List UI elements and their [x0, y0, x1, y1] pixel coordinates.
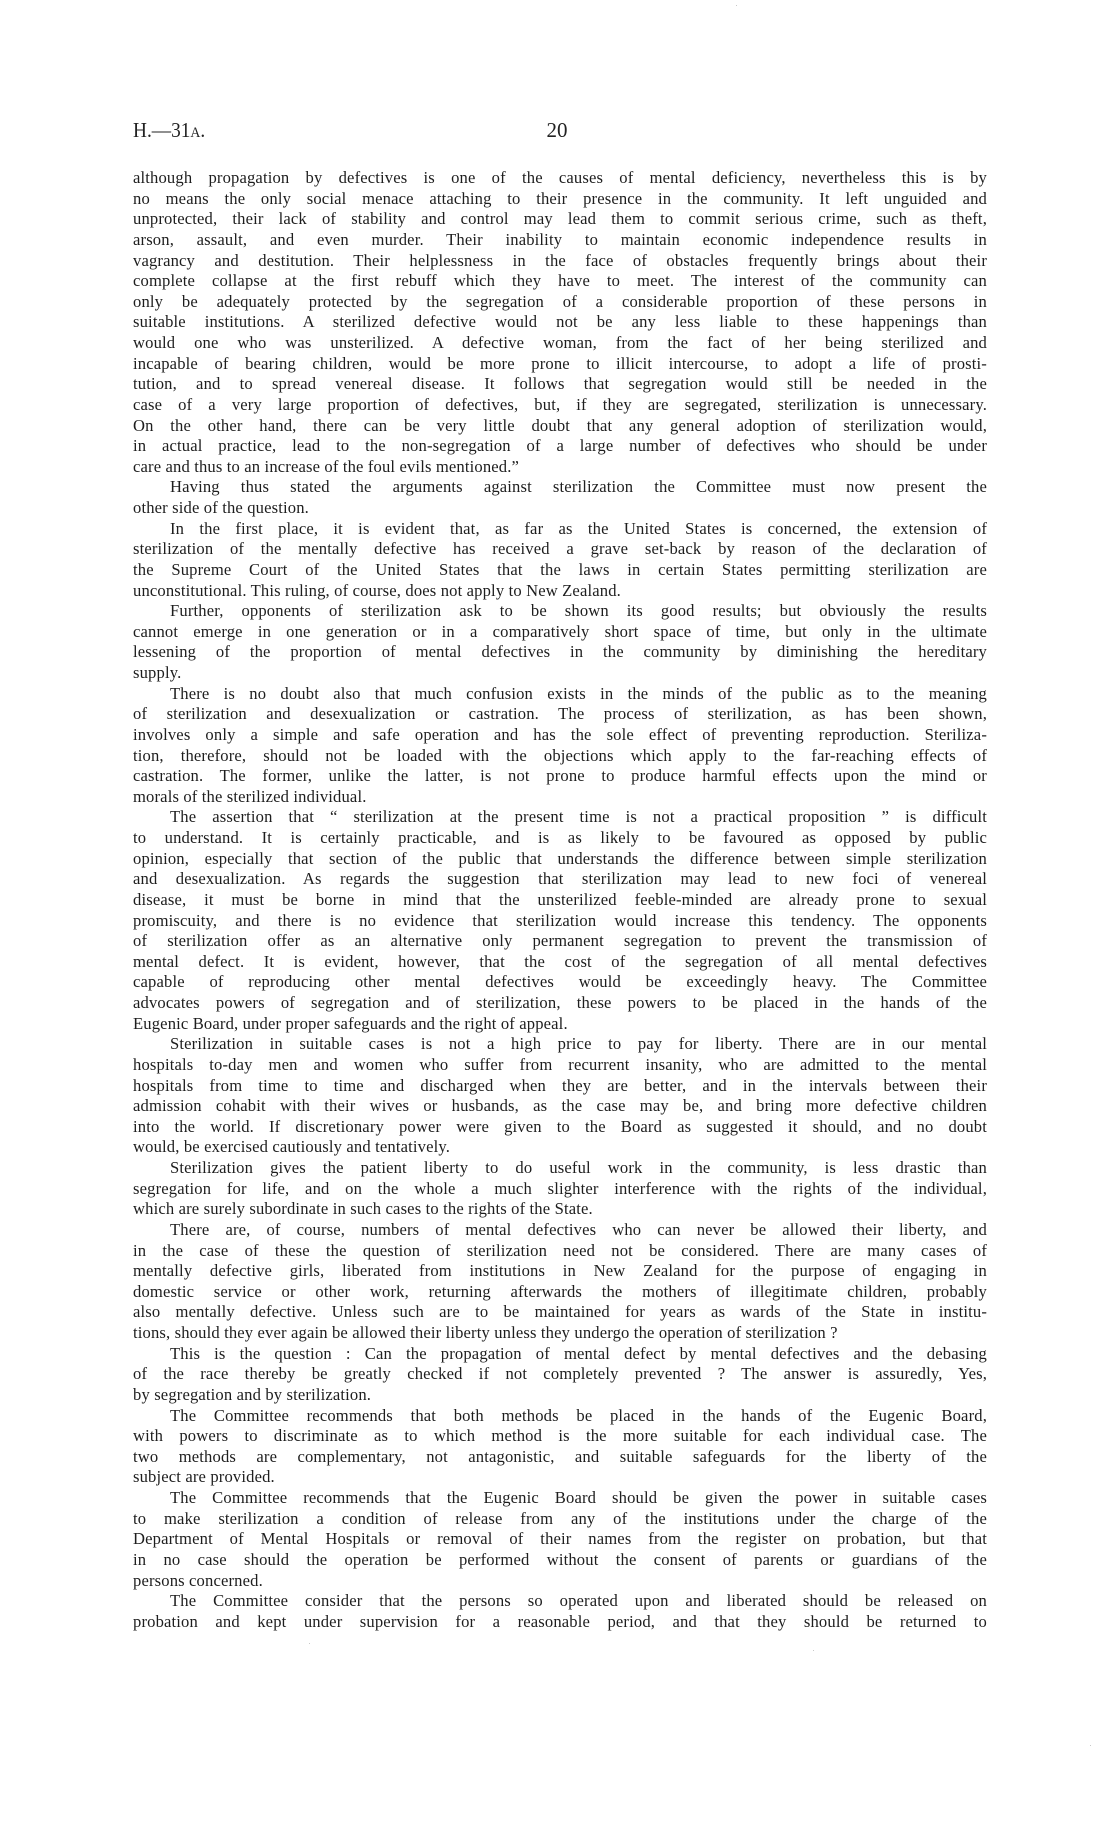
scan-speck [813, 1650, 814, 1651]
paragraph: The Committee recommends that the Eugeni… [133, 1488, 987, 1591]
text-line: care and thus to an increase of the foul… [133, 457, 987, 478]
text-line: no means the only social menace attachin… [133, 189, 987, 210]
document-page: H.—31A. 20 although propagation by defec… [0, 0, 1114, 1833]
text-line: segregation for life, and on the whole a… [133, 1179, 987, 1200]
paragraph: There are, of course, numbers of mental … [133, 1220, 987, 1344]
paragraph: This is the question : Can the propagati… [133, 1344, 987, 1406]
text-line: complete collapse at the first rebuff wh… [133, 271, 987, 292]
body-text: although propagation by defectives is on… [133, 168, 987, 1632]
scan-speck [309, 1643, 310, 1644]
text-line: of sterilization offer as an alternative… [133, 931, 987, 952]
text-line: The assertion that “ sterilization at th… [133, 807, 987, 828]
paragraph: There is no doubt also that much confusi… [133, 684, 987, 808]
text-line: vagrancy and destitution. Their helpless… [133, 251, 987, 272]
text-line: arson, assault, and even murder. Their i… [133, 230, 987, 251]
text-line: hospitals from time to time and discharg… [133, 1076, 987, 1097]
text-line: in actual practice, lead to the non-segr… [133, 436, 987, 457]
paragraph: Further, opponents of sterilization ask … [133, 601, 987, 684]
text-line: suitable institutions. A sterilized defe… [133, 312, 987, 333]
text-line: mental defect. It is evident, however, t… [133, 952, 987, 973]
text-line: other side of the question. [133, 498, 987, 519]
paragraph: Having thus stated the arguments against… [133, 477, 987, 518]
text-line: although propagation by defectives is on… [133, 168, 987, 189]
text-line: In the first place, it is evident that, … [133, 519, 987, 540]
text-line: The Committee recommends that the Eugeni… [133, 1488, 987, 1509]
text-line: incapable of bearing children, would be … [133, 354, 987, 375]
text-line: in the case of these the question of ste… [133, 1241, 987, 1262]
paragraph: Sterilization gives the patient liberty … [133, 1158, 987, 1220]
text-line: On the other hand, there can be very lit… [133, 416, 987, 437]
text-line: tions, should they ever again be allowed… [133, 1323, 987, 1344]
text-line: Sterilization gives the patient liberty … [133, 1158, 987, 1179]
text-line: tion, therefore, should not be loaded wi… [133, 746, 987, 767]
page-number: 20 [133, 118, 981, 142]
text-line: hospitals to-day men and women who suffe… [133, 1055, 987, 1076]
text-line: cannot emerge in one generation or in a … [133, 622, 987, 643]
text-line: Having thus stated the arguments against… [133, 477, 987, 498]
text-line: unconstitutional. This ruling, of course… [133, 581, 987, 602]
text-line: morals of the sterilized individual. [133, 787, 987, 808]
text-line: Further, opponents of sterilization ask … [133, 601, 987, 622]
text-line: promiscuity, and there is no evidence th… [133, 911, 987, 932]
text-line: would, be exercised cautiously and tenta… [133, 1137, 987, 1158]
text-line: lessening of the proportion of mental de… [133, 642, 987, 663]
paragraph: The Committee recommends that both metho… [133, 1406, 987, 1489]
text-line: unprotected, their lack of stability and… [133, 209, 987, 230]
text-line: Department of Mental Hospitals or remova… [133, 1529, 987, 1550]
text-line: sterilization of the mentally defective … [133, 539, 987, 560]
paragraph: In the first place, it is evident that, … [133, 519, 987, 602]
text-line: would one who was unsterilized. A defect… [133, 333, 987, 354]
text-line: probation and kept under supervision for… [133, 1612, 987, 1633]
text-line: admission cohabit with their wives or hu… [133, 1096, 987, 1117]
paragraph: Sterilization in suitable cases is not a… [133, 1034, 987, 1158]
text-line: Eugenic Board, under proper safeguards a… [133, 1014, 987, 1035]
scan-speck [1090, 1745, 1091, 1746]
text-line: only be adequately protected by the segr… [133, 292, 987, 313]
text-line: the Supreme Court of the United States t… [133, 560, 987, 581]
text-line: in no case should the operation be perfo… [133, 1550, 987, 1571]
text-line: The Committee consider that the persons … [133, 1591, 987, 1612]
text-line: of the race thereby be greatly checked i… [133, 1364, 987, 1385]
text-line: which are surely subordinate in such cas… [133, 1199, 987, 1220]
text-line: opinion, especially that section of the … [133, 849, 987, 870]
paragraph: The assertion that “ sterilization at th… [133, 807, 987, 1034]
paragraph: although propagation by defectives is on… [133, 168, 987, 477]
scan-speck [736, 5, 737, 6]
text-line: to make sterilization a condition of rel… [133, 1509, 987, 1530]
text-line: case of a very large proportion of defec… [133, 395, 987, 416]
text-line: involves only a simple and safe operatio… [133, 725, 987, 746]
text-line: of sterilization and desexualization or … [133, 704, 987, 725]
text-line: by segregation and by sterilization. [133, 1385, 987, 1406]
text-line: persons concerned. [133, 1571, 987, 1592]
text-line: tution, and to spread venereal disease. … [133, 374, 987, 395]
text-line: mentally defective girls, liberated from… [133, 1261, 987, 1282]
text-line: and desexualization. As regards the sugg… [133, 869, 987, 890]
text-line: supply. [133, 663, 987, 684]
text-line: two methods are complementary, not antag… [133, 1447, 987, 1468]
text-line: Sterilization in suitable cases is not a… [133, 1034, 987, 1055]
text-line: advocates powers of segregation and of s… [133, 993, 987, 1014]
text-line: This is the question : Can the propagati… [133, 1344, 987, 1365]
paragraph: The Committee consider that the persons … [133, 1591, 987, 1632]
text-line: castration. The former, unlike the latte… [133, 766, 987, 787]
running-header: H.—31A. 20 [133, 118, 987, 142]
text-line: capable of reproducing other mental defe… [133, 972, 987, 993]
text-line: into the world. If discretionary power w… [133, 1117, 987, 1138]
text-line: to understand. It is certainly practicab… [133, 828, 987, 849]
text-line: subject are provided. [133, 1467, 987, 1488]
text-line: also mentally defective. Unless such are… [133, 1302, 987, 1323]
text-line: The Committee recommends that both metho… [133, 1406, 987, 1427]
text-line: with powers to discriminate as to which … [133, 1426, 987, 1447]
text-line: There are, of course, numbers of mental … [133, 1220, 987, 1241]
text-line: disease, it must be borne in mind that t… [133, 890, 987, 911]
text-line: domestic service or other work, returnin… [133, 1282, 987, 1303]
text-line: There is no doubt also that much confusi… [133, 684, 987, 705]
